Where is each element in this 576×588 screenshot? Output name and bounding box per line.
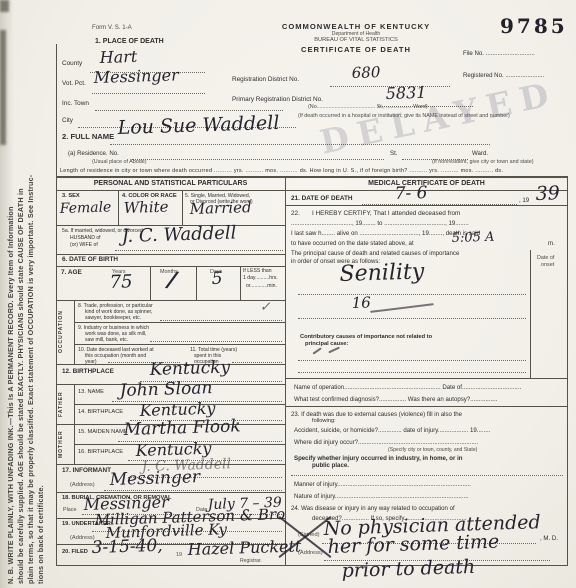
registrar-label: Registrar. — [240, 558, 262, 564]
filed-19-label: 19 — [176, 552, 182, 558]
rule-line — [56, 254, 285, 255]
bureau-subtitle: BUREAU OF VITAL STATISTICS — [225, 37, 487, 43]
external-causes-label: following: — [312, 418, 336, 424]
death-certificate-scan: N. B. WRITE PLAINLY, WITH UNFADING INK.—… — [0, 0, 576, 588]
nature-of-injury-line: Nature of injury........................… — [294, 493, 469, 500]
date-of-onset-label: Date of — [537, 255, 554, 261]
age-years-value: 75 — [109, 271, 133, 293]
occupation-trade-label: sawyer, bookkeeper, etc. — [85, 315, 141, 321]
rule-line — [567, 176, 568, 566]
accident-line: Accident, suicide, or homicide?.........… — [294, 427, 490, 434]
rule-line — [150, 266, 151, 300]
rule-line — [74, 300, 75, 364]
abode-hint: (Usual place of Abode) — [92, 159, 147, 165]
age-label: 7. AGE — [61, 269, 82, 276]
filed-label: 20. FILED — [62, 549, 88, 555]
certify-text: I HEREBY CERTIFY, That I attended deceas… — [312, 210, 460, 217]
less-than-day-label: If LESS than — [243, 268, 272, 274]
rule-line — [530, 250, 531, 378]
rule-line — [92, 93, 205, 94]
ink-mark — [328, 347, 340, 353]
informant-address-value: Messinger — [109, 467, 200, 490]
rule-line — [104, 490, 282, 491]
cause-code-value: 16 — [351, 293, 371, 312]
occupation-vertical-label: OCCUPATION — [58, 300, 72, 364]
contributory-label: Contributory causes of importance not re… — [300, 334, 432, 340]
rule-line — [285, 378, 568, 379]
mother-birthplace-label: 16. BIRTHPLACE — [78, 449, 123, 455]
certificate-serial-stamp: 9785 — [500, 14, 568, 38]
place-of-death-title: 1. PLACE OF DEATH — [95, 38, 164, 45]
test-autopsy-line: What test confirmed diagnosis?..........… — [294, 396, 497, 403]
rule-line — [298, 318, 526, 319]
rule-line — [56, 565, 568, 566]
rule-line — [74, 344, 285, 345]
spouse-label: HUSBAND of — [70, 235, 101, 241]
occupation-related-label: 24. Was disease or injury in any way rel… — [291, 505, 455, 512]
less-than-day-label: or............min. — [246, 283, 277, 289]
registrar-signature: Hazel Puckett — [187, 536, 301, 559]
date-of-death-value: 7- 6 — [394, 183, 427, 204]
rule-line — [285, 406, 568, 407]
md-label: , M. D. — [540, 535, 558, 542]
ink-mark — [312, 347, 321, 354]
sex-value: Female — [59, 199, 111, 217]
rule-line — [298, 294, 526, 295]
margin-line: tions on back of certificate. — [36, 485, 45, 584]
rule-line — [56, 300, 285, 301]
inc-town-label: Inc. Town — [62, 100, 89, 107]
rule-line — [74, 322, 285, 323]
father-birthplace-label: 14. BIRTHPLACE — [78, 409, 123, 415]
rule-line — [298, 360, 526, 361]
rule-line — [285, 205, 568, 206]
certificate-title: CERTIFICATE OF DEATH — [225, 45, 487, 54]
rule-line — [56, 190, 568, 191]
date-of-death-label: 21. DATE OF DEATH — [291, 195, 353, 202]
sex-label: 3. SEX — [62, 193, 80, 199]
full-name-value: Lou Sue Waddell — [117, 112, 279, 139]
race-value: White — [123, 198, 168, 217]
age-days-value: 5 — [211, 269, 222, 289]
physician-note-value-2: her for some time — [327, 531, 499, 558]
rule-line — [240, 266, 241, 300]
birthplace-label: 12. BIRTHPLACE — [62, 368, 114, 375]
specify-injury-label: public place. — [312, 462, 349, 469]
full-name-label: 2. FULL NAME — [62, 132, 114, 141]
spouse-label: (or) WIFE of — [70, 242, 98, 248]
date-of-onset-label: onset — [541, 262, 554, 268]
operation-line: Name of operation.......................… — [294, 384, 521, 391]
certify-text: ...................................., 19… — [291, 220, 469, 227]
industry-label: saw mill, bank, etc. — [85, 337, 128, 343]
cause-of-death-value: Senility — [339, 259, 424, 287]
scan-smudge — [0, 0, 9, 12]
filed-date-value: 3-15-40, — [91, 536, 163, 558]
registration-district-label: Registration District No. — [232, 76, 299, 83]
mother-maiden-label: 15. MAIDEN NAME — [78, 429, 128, 435]
date-of-death-year-value: 39 — [535, 182, 560, 205]
father-name-label: 13. NAME — [78, 389, 104, 395]
nonresident-hint: (If nonresident, give city or town and s… — [432, 159, 534, 165]
personal-section-title: PERSONAL AND STATISTICAL PARTICULARS — [56, 180, 285, 187]
date-of-birth-label: 6. DATE OF BIRTH — [62, 256, 118, 263]
informant-address-label: (Address) — [70, 482, 95, 488]
certify-text: m. — [548, 240, 555, 247]
rule-line — [56, 176, 568, 178]
residence-label: (a) Residence. No. — [68, 150, 119, 157]
primary-district-value: 5831 — [385, 83, 426, 103]
occupation-check-mark: ✓ — [260, 300, 271, 315]
margin-line: should be carefully supplied. AGE should… — [16, 188, 25, 584]
physician-address-label: (Address) — [298, 550, 323, 556]
birthplace-value: Kentucky — [149, 357, 230, 380]
rule-line — [95, 110, 283, 111]
father-name-value: John Sloan — [119, 378, 212, 401]
marital-value: Married — [189, 198, 251, 218]
certify-text: The principal cause of death and related… — [291, 250, 459, 257]
rule-line — [110, 144, 490, 145]
rule-line — [291, 475, 563, 476]
county-label: County — [62, 60, 82, 67]
date-of-death-19-label: , 19 — [519, 197, 529, 204]
voting-precinct-label: Vot. Pct. — [62, 80, 86, 87]
rule-line — [196, 266, 197, 300]
rule-line — [115, 250, 283, 251]
registration-district-value: 680 — [351, 63, 380, 82]
mother-vertical-label: MOTHER — [58, 424, 72, 464]
form-header: COMMONWEALTH OF KENTUCKY Department of H… — [225, 22, 487, 54]
rule-line — [150, 341, 282, 342]
street-label: St. — [390, 150, 397, 157]
margin-line: N. B. WRITE PLAINLY, WITH UNFADING INK.—… — [6, 206, 15, 584]
manner-of-injury-line: Manner of injury........................… — [294, 481, 471, 488]
time-of-death-value: 5:05 A — [452, 230, 495, 246]
rule-line — [232, 362, 282, 363]
rule-line — [118, 190, 119, 225]
rule-line — [160, 320, 282, 321]
physician-note-value-3: prior to death — [341, 556, 475, 582]
length-of-residence-line: Length of residence in city or town wher… — [60, 168, 503, 174]
where-injury-hint: (Specify city or town, county, and State… — [388, 447, 477, 453]
specify-injury-label: Specify whether injury occurred in indus… — [294, 455, 463, 462]
external-causes-label: 23. If death was due to external causes … — [291, 411, 462, 418]
city-label: City — [62, 117, 73, 124]
margin-line: plain terms, so that it may be properly … — [26, 175, 35, 584]
rule-line — [182, 190, 183, 225]
ink-flourish — [370, 303, 434, 312]
rule-line — [132, 159, 384, 160]
commonwealth-title: COMMONWEALTH OF KENTUCKY — [225, 22, 487, 31]
form-number: Form V. S. 1-A — [92, 24, 132, 31]
informant-label: 17. INFORMANT — [62, 467, 111, 474]
less-than-day-label: 1 day..........hrs. — [243, 275, 278, 281]
county-value: Hart — [99, 47, 137, 67]
rule-line — [56, 492, 285, 493]
certify-item-number: 22. — [291, 210, 300, 217]
mother-maiden-value: Martha Flook — [123, 416, 241, 440]
spouse-value: J. C. Waddell — [121, 222, 236, 247]
scan-smudge — [0, 30, 6, 145]
where-injury-line: Where did injury occur?.................… — [294, 439, 478, 446]
primary-district-label: Primary Registration District No. — [232, 96, 323, 103]
rule-line — [298, 372, 526, 373]
contributory-label: principal cause: — [305, 341, 348, 347]
ward-label: Ward. — [472, 150, 488, 157]
father-vertical-label: FATHER — [58, 384, 72, 424]
voting-precinct-value: Messinger — [93, 65, 179, 87]
certify-text: to have occurred on the date stated abov… — [291, 240, 414, 247]
burial-place-label: Place — [63, 507, 77, 513]
